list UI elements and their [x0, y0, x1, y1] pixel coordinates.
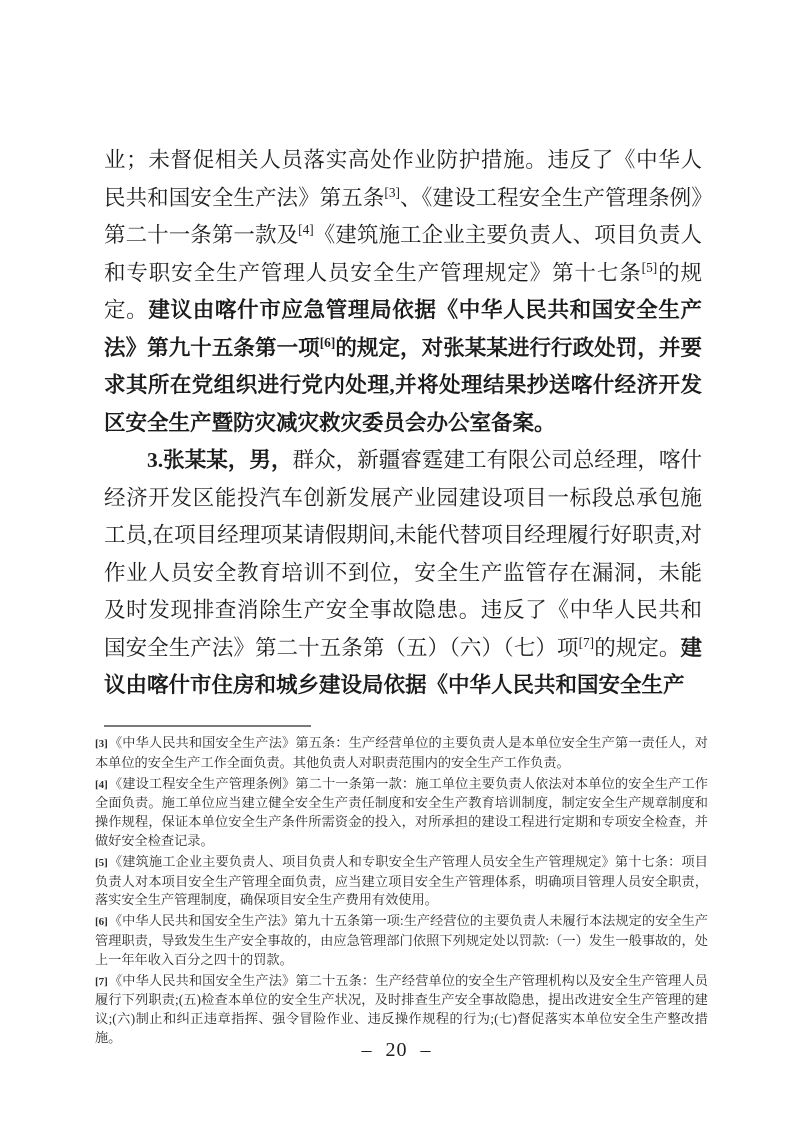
footnote-item: [3]《中华人民共和国安全生产法》第五条：生产经营单位的主要负责人是本单位安全生…: [95, 734, 708, 773]
paragraph: 3.张某某，男，群众，新疆睿霆建工有限公司总经理，喀什经济开发区能投汽车创新发展…: [104, 442, 702, 705]
footnote-text: 《中华人民共和国安全生产法》第二十五条：生产经营单位的安全生产管理机构以及安全生…: [95, 973, 708, 1045]
footnotes-section: [3]《中华人民共和国安全生产法》第五条：生产经营单位的主要负责人是本单位安全生…: [95, 734, 708, 1050]
footnote-ref: [3]: [384, 184, 400, 199]
footnote-marker: [6]: [95, 916, 108, 928]
footnote-ref: [5]: [642, 259, 658, 274]
footnote-ref: [6]: [320, 334, 336, 349]
footnote-text: 《建设工程安全生产管理条例》第二十一条第一款：施工单位主要负责人依法对本单位的安…: [95, 776, 708, 848]
body-text: 业；未督促相关人员落实高处作业防护措施。违反了《中华人民共和国安全生产法》第五条…: [104, 142, 702, 705]
footnote-item: [5]《建筑施工企业主要负责人、项目负责人和专职安全生产管理人员安全生产管理规定…: [95, 853, 708, 910]
footnote-marker: [3]: [95, 738, 108, 750]
page-number: – 20 –: [0, 1039, 793, 1062]
text-run: 群众，新疆睿霆建工有限公司总经理，喀什经济开发区能投汽车创新发展产业园建设项目一…: [104, 448, 702, 660]
footnote-ref: [7]: [579, 634, 595, 649]
text-run: 的规定。: [594, 636, 680, 660]
footnote-separator: [104, 725, 311, 727]
footnote-item: [7]《中华人民共和国安全生产法》第二十五条：生产经营单位的安全生产管理机构以及…: [95, 972, 708, 1048]
footnote-ref: [4]: [298, 222, 314, 237]
footnote-text: 《建筑施工企业主要负责人、项目负责人和专职安全生产管理人员安全生产管理规定》第十…: [95, 854, 708, 908]
footnote-text: 《中华人民共和国安全生产法》第九十五条第一项:生产经营位的主要负责人未履行本法规…: [95, 913, 708, 967]
footnote-item: [6]《中华人民共和国安全生产法》第九十五条第一项:生产经营位的主要负责人未履行…: [95, 912, 708, 969]
paragraph: 业；未督促相关人员落实高处作业防护措施。违反了《中华人民共和国安全生产法》第五条…: [104, 142, 702, 442]
footnote-text: 《中华人民共和国安全生产法》第五条：生产经营单位的主要负责人是本单位安全生产第一…: [95, 735, 708, 770]
document-page: 业；未督促相关人员落实高处作业防护措施。违反了《中华人民共和国安全生产法》第五条…: [0, 0, 793, 1122]
footnote-marker: [5]: [95, 857, 108, 869]
footnote-item: [4]《建设工程安全生产管理条例》第二十一条第一款：施工单位主要负责人依法对本单…: [95, 775, 708, 851]
footnote-marker: [7]: [95, 976, 108, 988]
text-run: 3.张某某，男，: [147, 448, 293, 472]
footnote-marker: [4]: [95, 779, 108, 791]
